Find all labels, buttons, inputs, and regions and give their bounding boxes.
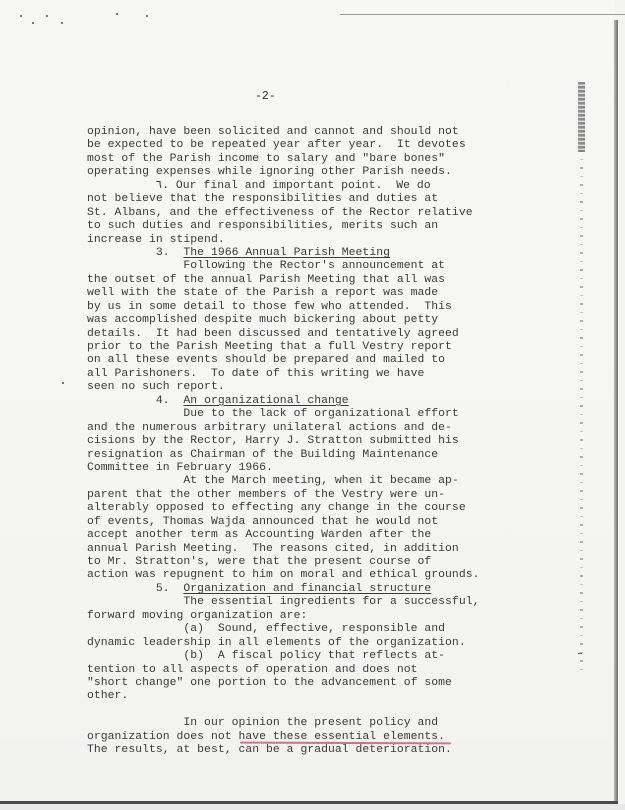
scan-speck: [62, 382, 64, 384]
stray-mark: [578, 653, 582, 654]
text-line: to such duties and responsibilities, mer…: [87, 220, 557, 233]
scan-speck: [116, 13, 118, 15]
text-line: operating expenses while ignoring other …: [87, 166, 557, 179]
section-title: An organizational change: [183, 395, 348, 407]
text-line: increase in stipend.: [87, 234, 557, 247]
text-line: dynamic leadership in all elements of th…: [87, 637, 557, 650]
text-line: of events, Thomas Wajda announced that h…: [87, 516, 557, 529]
text-line: tention to all aspects of operation and …: [87, 664, 557, 677]
scan-speck: [32, 22, 34, 24]
text-line: At the March meeting, when it became ap-: [87, 475, 557, 488]
scan-speck: [46, 15, 48, 17]
text-line: most of the Parish income to salary and …: [87, 153, 557, 166]
text-line: Committee in February 1966.: [87, 462, 557, 475]
section-title: Organization and financial structure: [183, 583, 431, 595]
section-number: 4.: [87, 395, 183, 407]
scan-speck: [146, 15, 148, 17]
text-line: well with the state of the Parish a repo…: [87, 287, 557, 300]
text-line: forward moving organization are:: [87, 610, 557, 623]
section-heading-line: 3. The 1966 Annual Parish Meeting: [87, 247, 557, 260]
section-heading-line: 5. Organization and financial structure: [87, 583, 557, 596]
text-line: the outset of the annual Parish Meeting …: [87, 274, 557, 287]
text-line: details. It had been discussed and tenta…: [87, 328, 557, 341]
text-line: parent that the other members of the Ves…: [87, 489, 557, 502]
section-number: 3.: [87, 247, 183, 259]
section-heading-line: 4. An organizational change: [87, 395, 557, 408]
text-line: In our opinion the present policy and: [87, 717, 557, 730]
text-line: (b) A fiscal policy that reflects at-: [87, 650, 557, 663]
text-line: alterably opposed to effecting any chang…: [87, 502, 557, 515]
text-line: all Parishoners. To date of this writing…: [87, 368, 557, 381]
page-right-edge: [614, 20, 618, 810]
text-line: opinion, have been solicited and cannot …: [87, 126, 557, 139]
text-line: be expected to be repeated year after ye…: [87, 139, 557, 152]
page-number: -2-: [255, 90, 276, 103]
text-line: Due to the lack of organizational effort: [87, 408, 557, 421]
text-line: was accomplished despite much bickering …: [87, 314, 557, 327]
section-title: The 1966 Annual Parish Meeting: [183, 247, 390, 259]
text-line: "short change" one portion to the advanc…: [87, 677, 557, 690]
margin-bleed-through: [578, 82, 585, 152]
section-number: 5.: [87, 583, 183, 595]
scanner-bed: [0, 804, 625, 810]
text-line: The essential ingredients for a successf…: [87, 596, 557, 609]
text-line: annual Parish Meeting. The reasons cited…: [87, 543, 557, 556]
margin-bleed-dots: [580, 150, 583, 670]
document-page: -2- opinion, have been solicited and can…: [0, 0, 615, 805]
scan-speck: [20, 15, 22, 17]
text-line: by us in some detail to those few who at…: [87, 301, 557, 314]
text-line: St. Albans, and the effectiveness of the…: [87, 207, 557, 220]
text-line: resignation as Chairman of the Building …: [87, 449, 557, 462]
text-line: Following the Rector's announcement at: [87, 260, 557, 273]
text-line: seen no such report.: [87, 381, 557, 394]
text-line: and the numerous arbitrary unilateral ac…: [87, 422, 557, 435]
document-body: opinion, have been solicited and cannot …: [87, 126, 557, 758]
text-line: action was repugnent to him on moral and…: [87, 569, 557, 582]
text-line: ٦. Our final and important point. We do: [87, 180, 557, 193]
text-line: The results, at best, can be a gradual d…: [87, 744, 557, 757]
text-line: cisions by the Rector, Harry J. Stratton…: [87, 435, 557, 448]
text-line: prior to the Parish Meeting that a full …: [87, 341, 557, 354]
text-line: to Mr. Stratton's, were that the present…: [87, 556, 557, 569]
text-line: not believe that the responsibilities an…: [87, 193, 557, 206]
text-line: [87, 704, 557, 717]
text-line: other.: [87, 690, 557, 703]
scan-edge-line: [340, 14, 625, 15]
scan-speck: [61, 22, 63, 24]
text-line: accept another term as Accounting Warden…: [87, 529, 557, 542]
text-line: (a) Sound, effective, responsible and: [87, 623, 557, 636]
text-line: on all these events should be prepared a…: [87, 354, 557, 367]
